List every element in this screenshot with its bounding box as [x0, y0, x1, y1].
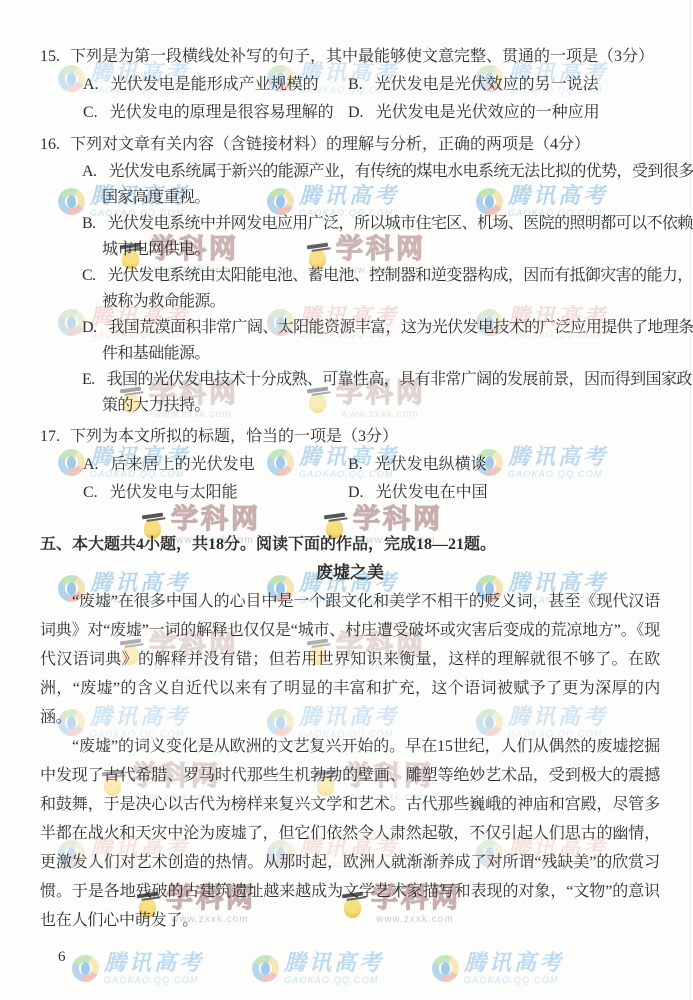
tencent-gaokao-url-text: GAOKAO.QQ.COM	[284, 976, 384, 985]
question-number: 16.	[40, 136, 60, 153]
question-17-options: A.后来居上的光伏发电 B.光伏发电纵横谈 C.光伏发电与太阳能 D.光伏发电在…	[83, 451, 660, 507]
question-15-options: A.光伏发电是能形成产业规模的 B.光伏发电是光伏效应的另一说法 C.光伏发电的…	[83, 71, 660, 127]
option-16-b: B.光伏发电系统中并网发电应用广泛，所以城市住宅区、机场、医院的照明都可以不依赖…	[82, 211, 693, 263]
option-17-a: A.后来居上的光伏发电	[83, 451, 348, 479]
option-17-c: C.光伏发电与太阳能	[83, 479, 348, 507]
option-16-a: A.光伏发电系统属于新兴的能源产业，有传统的煤电水电系统无法比拟的优势，受到很多…	[82, 159, 693, 211]
question-17: 17.下列为本文所拟的标题，恰当的一项是（3分） A.后来居上的光伏发电 B.光…	[40, 423, 660, 507]
question-number: 15.	[40, 48, 60, 65]
option-16-d: D.我国荒漠面积非常广阔、太阳能资源丰富，这为光伏发电技术的广泛应用提供了地理条…	[82, 315, 693, 367]
question-16-stem: 16.下列对文章有关内容（含链接材料）的理解与分析，正确的两项是（4分）	[40, 131, 660, 159]
option-15-b: B.光伏发电是光伏效应的另一说法	[348, 71, 660, 99]
essay-paragraph-2: “废墟”的词义变化是从欧洲的文艺复兴开始的。早在15世纪，人们从偶然的废墟挖掘中…	[40, 732, 660, 935]
option-row: A.后来居上的光伏发电 B.光伏发电纵横谈	[83, 451, 660, 479]
exam-paper-page: 腾讯高考GAOKAO.QQ.COM腾讯高考GAOKAO.QQ.COM腾讯高考GA…	[0, 0, 693, 1000]
tencent-gaokao-url-text: GAOKAO.QQ.COM	[464, 976, 564, 985]
option-row: C.光伏发电的原理是很容易理解的 D.光伏发电是光伏效应的一种应用	[83, 99, 660, 127]
question-stem-text: 下列对文章有关内容（含链接材料）的理解与分析，正确的两项是（4分）	[70, 136, 590, 153]
tencent-gaokao-url-text: GAOKAO.QQ.COM	[104, 976, 204, 985]
essay-passage: 废墟之美 “废墟”在很多中国人的心目中是一个跟文化和美学不相干的贬义词，甚至《现…	[40, 559, 660, 935]
question-17-stem: 17.下列为本文所拟的标题，恰当的一项是（3分）	[40, 423, 660, 451]
option-16-e: E.我国的光伏发电技术十分成熟、可靠性高，具有非常广阔的发展前景，因而得到国家政…	[82, 367, 693, 419]
question-15: 15.下列是为第一段横线处补写的句子，其中最能够使文意完整、贯通的一项是（3分）…	[40, 43, 660, 127]
option-15-a: A.光伏发电是能形成产业规模的	[83, 71, 348, 99]
question-15-stem: 15.下列是为第一段横线处补写的句子，其中最能够使文意完整、贯通的一项是（3分）	[40, 43, 660, 71]
essay-title: 废墟之美	[40, 559, 660, 587]
question-16-options: A.光伏发电系统属于新兴的能源产业，有传统的煤电水电系统无法比拟的优势，受到很多…	[40, 159, 660, 419]
option-17-b: B.光伏发电纵横谈	[348, 451, 660, 479]
exam-content: 15.下列是为第一段横线处补写的句子，其中最能够使文意完整、贯通的一项是（3分）…	[0, 0, 693, 967]
question-stem-text: 下列是为第一段横线处补写的句子，其中最能够使文意完整、贯通的一项是（3分）	[70, 48, 654, 65]
question-stem-text: 下列为本文所拟的标题，恰当的一项是（3分）	[70, 428, 398, 445]
option-17-d: D.光伏发电在中国	[348, 479, 660, 507]
question-16: 16.下列对文章有关内容（含链接材料）的理解与分析，正确的两项是（4分） A.光…	[40, 131, 660, 419]
section-5-heading: 五、本大题共4小题，共18分。阅读下面的作品，完成18—21题。	[40, 531, 660, 559]
option-row: C.光伏发电与太阳能 D.光伏发电在中国	[83, 479, 660, 507]
page-number: 6	[58, 947, 660, 967]
question-number: 17.	[40, 428, 60, 445]
option-row: A.光伏发电是能形成产业规模的 B.光伏发电是光伏效应的另一说法	[83, 71, 660, 99]
option-15-c: C.光伏发电的原理是很容易理解的	[83, 99, 348, 127]
essay-paragraph-1: “废墟”在很多中国人的心目中是一个跟文化和美学不相干的贬义词，甚至《现代汉语词典…	[40, 587, 660, 732]
option-16-c: C.光伏发电系统由太阳能电池、蓄电池、控制器和逆变器构成，因而有抵御灾害的能力，…	[82, 263, 693, 315]
option-15-d: D.光伏发电是光伏效应的一种应用	[348, 99, 660, 127]
